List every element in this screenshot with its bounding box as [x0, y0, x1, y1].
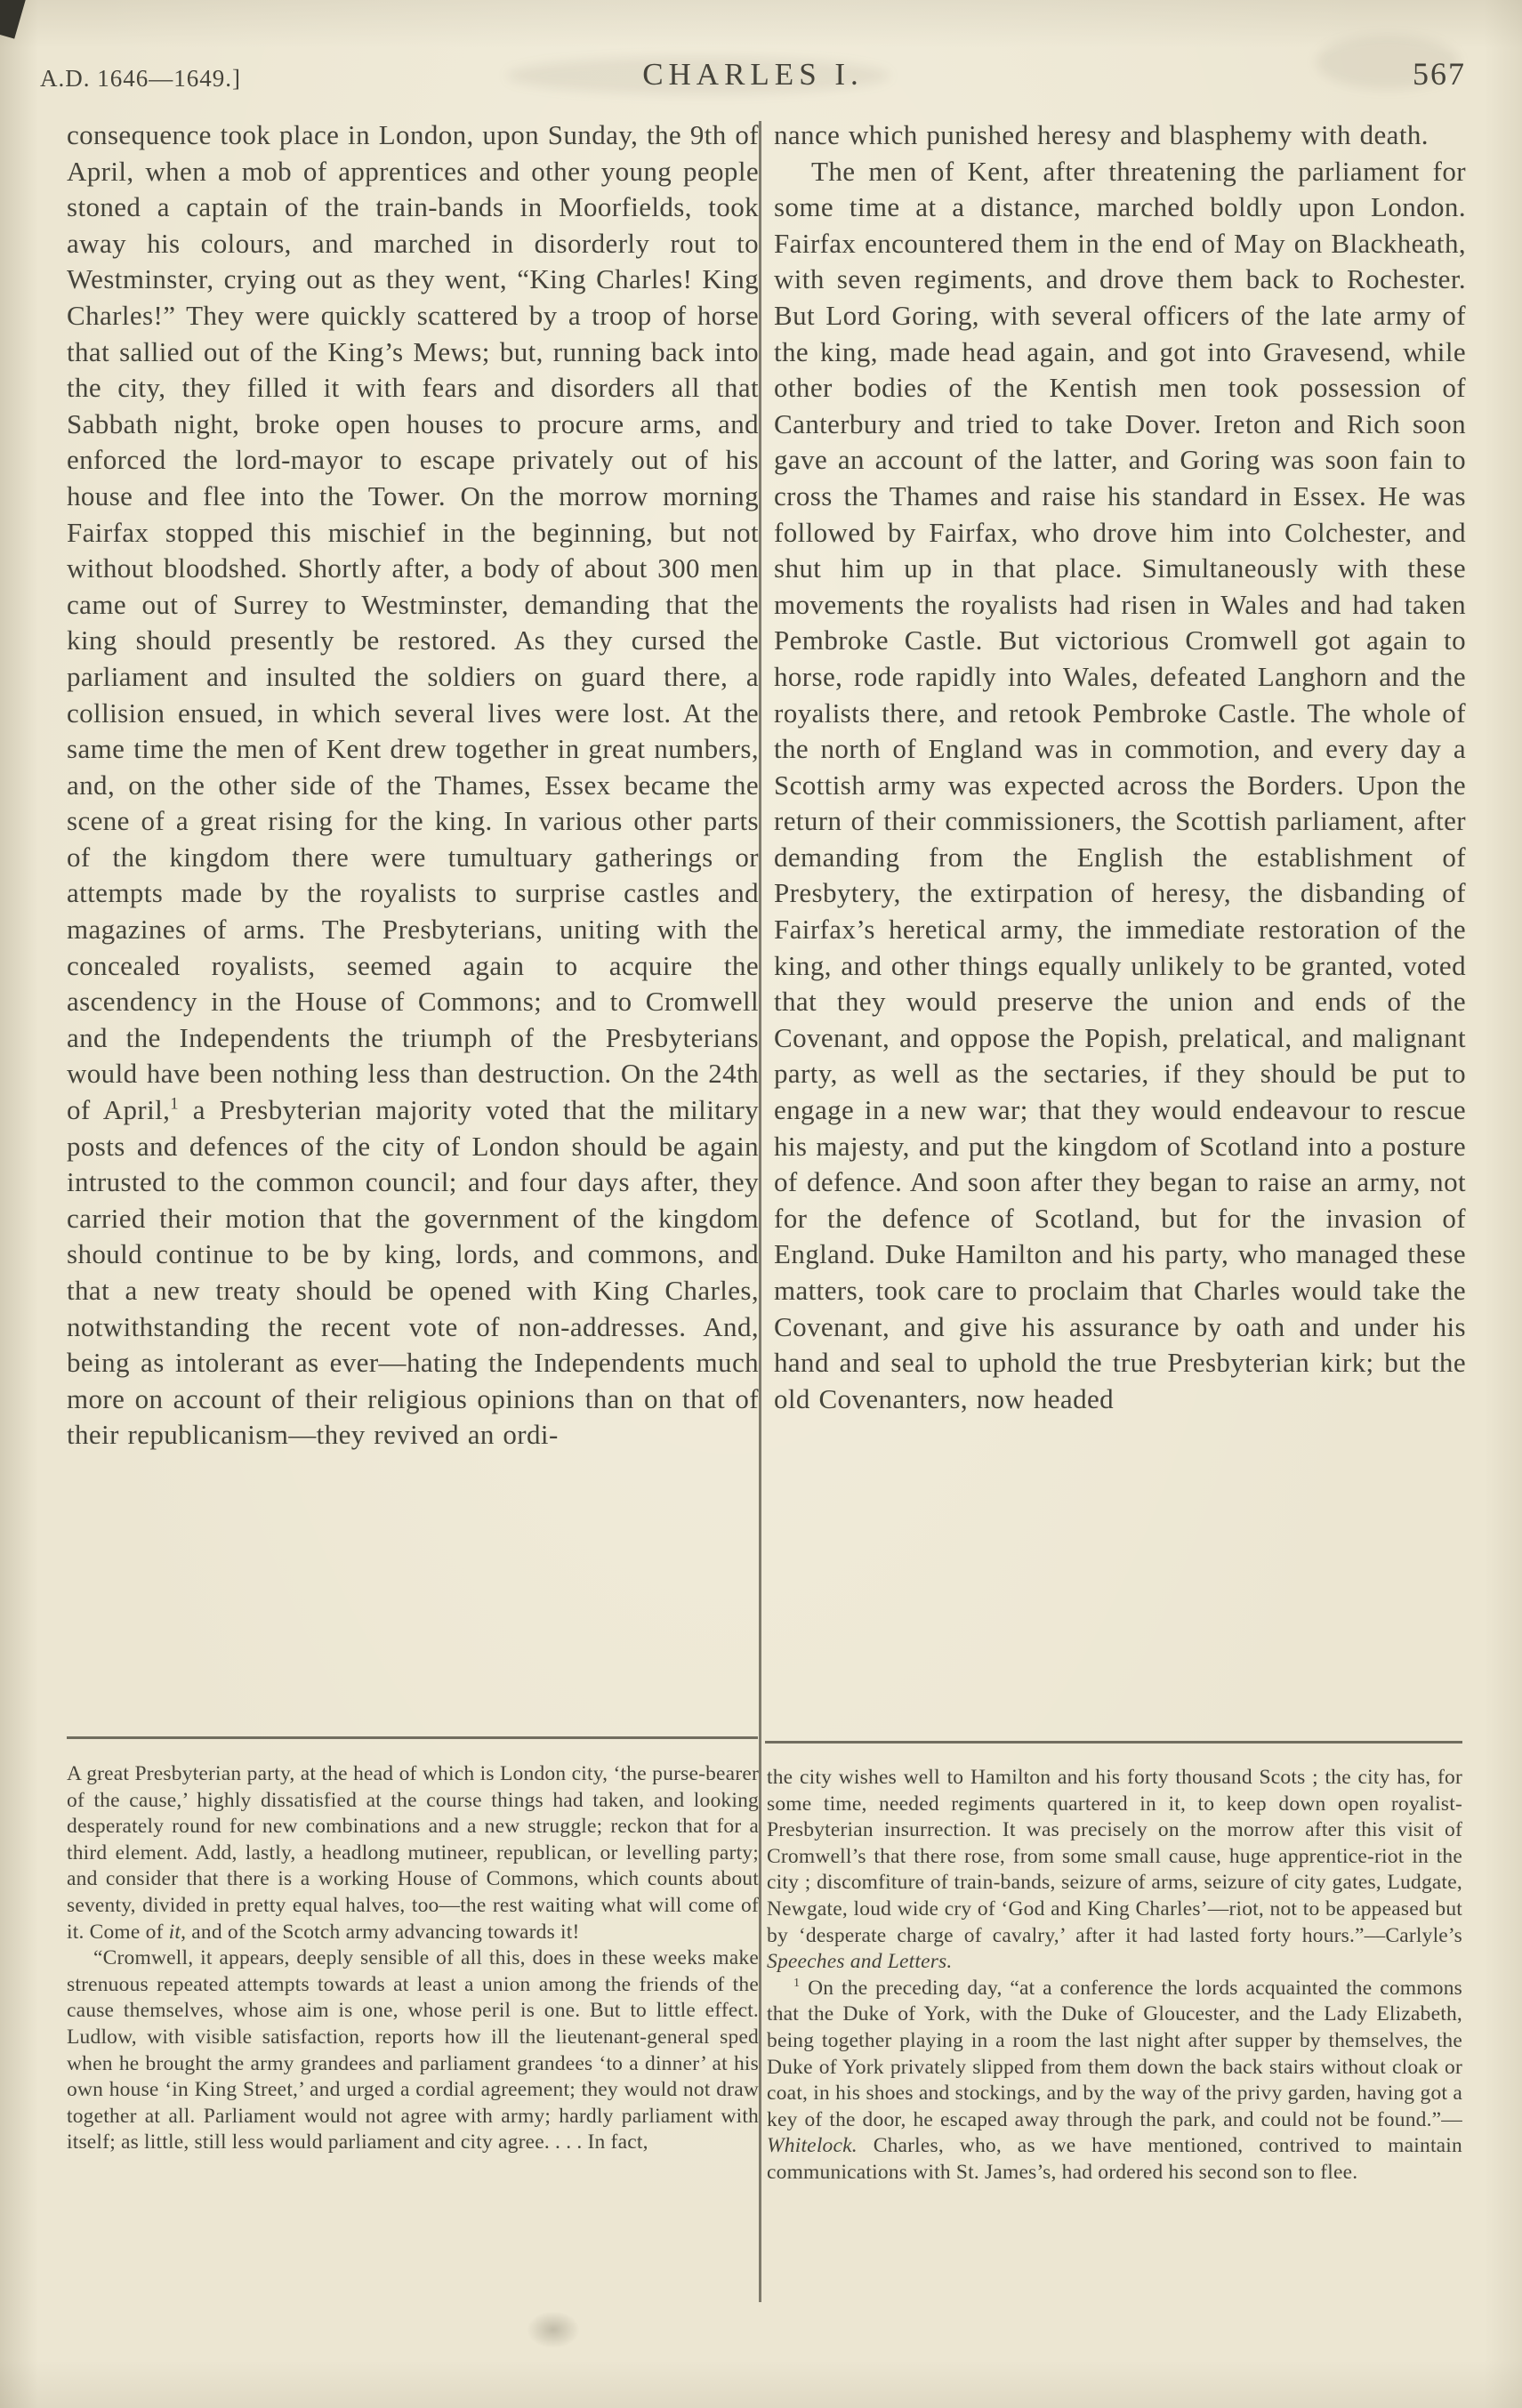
header-date-range: A.D. 1646—1649.] — [40, 65, 241, 93]
book-page: A.D. 1646—1649.] CHARLES I. 567 conseque… — [0, 0, 1522, 2408]
paragraph: the city wishes well to Hamilton and his… — [767, 1765, 1462, 1976]
paragraph: The men of Kent, after threatening the p… — [774, 154, 1466, 1418]
page-header: A.D. 1646—1649.] CHARLES I. 567 — [40, 46, 1466, 93]
page-title: CHARLES I. — [642, 57, 864, 93]
paragraph: 1 On the preceding day, “at a conference… — [767, 1976, 1462, 2187]
paragraph: nance which punished heresy and blasphem… — [774, 117, 1466, 154]
main-column-right: nance which punished heresy and blasphem… — [774, 117, 1466, 1720]
page-number: 567 — [1413, 55, 1466, 93]
paragraph: “Cromwell, it appears, deeply sensible o… — [67, 1945, 759, 2156]
footnote-separator-left — [67, 1736, 758, 1739]
paragraph: consequence took place in London, upon S… — [67, 117, 759, 1454]
paragraph: A great Presbyterian party, at the head … — [67, 1761, 759, 1945]
footnote-column-right: the city wishes well to Hamilton and his… — [767, 1765, 1462, 2334]
scan-corner-artifact — [0, 0, 28, 39]
smudge-artifact — [527, 2311, 580, 2348]
footnote-separator-right — [765, 1741, 1462, 1744]
main-column-left: consequence took place in London, upon S… — [67, 117, 759, 1720]
column-divider-rule — [759, 121, 761, 2302]
footnote-column-left: A great Presbyterian party, at the head … — [67, 1761, 759, 2302]
